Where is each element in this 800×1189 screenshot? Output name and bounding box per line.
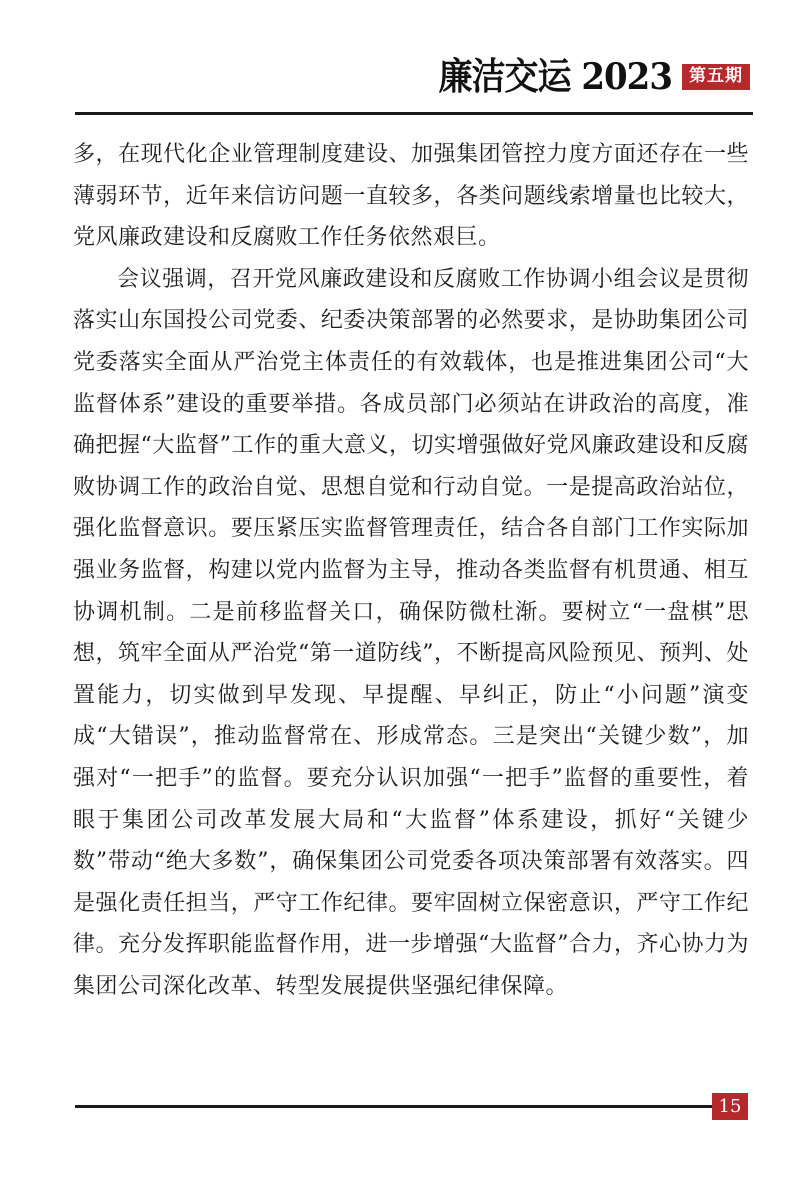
header-divider: [75, 112, 753, 115]
masthead: 廉洁交运 2023 第五期: [439, 60, 750, 94]
page-number-badge: 15: [712, 1093, 748, 1120]
article-body: 多，在现代化企业管理制度建设、加强集团管控力度方面还存在一些薄弱环节，近年来信访…: [73, 134, 749, 1007]
issue-badge: 第五期: [682, 64, 750, 90]
footer-divider: [75, 1105, 713, 1108]
masthead-title: 廉洁交运 2023: [439, 59, 672, 96]
paragraph-continuation: 多，在现代化企业管理制度建设、加强集团管控力度方面还存在一些薄弱环节，近年来信访…: [73, 134, 749, 259]
paragraph-meeting-emphasis: 会议强调，召开党风廉政建设和反腐败工作协调小组会议是贯彻落实山东国投公司党委、纪…: [73, 259, 749, 1008]
document-page: 廉洁交运 2023 第五期 多，在现代化企业管理制度建设、加强集团管控力度方面还…: [0, 0, 800, 1189]
